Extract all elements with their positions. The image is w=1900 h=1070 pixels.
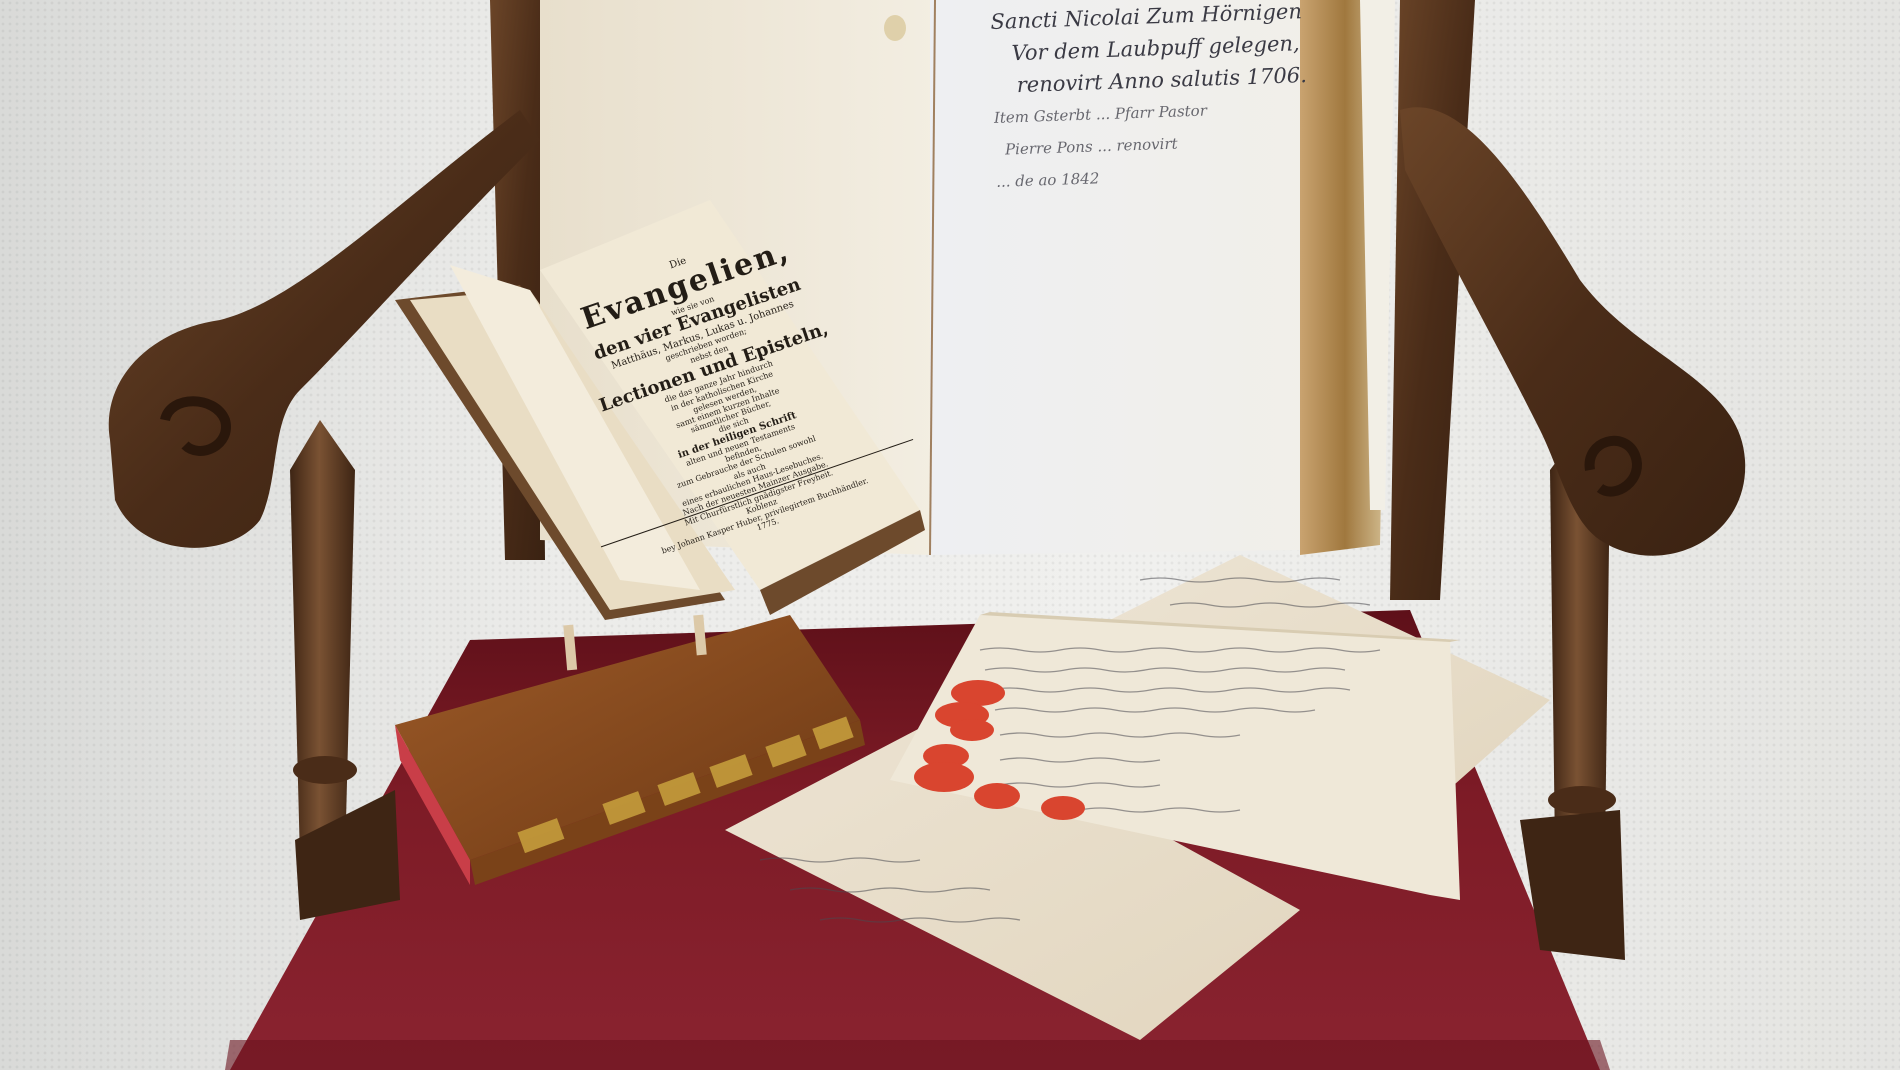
scene-illustration <box>0 0 1900 1070</box>
inscription-handwriting: Sancti Nicolai Zum Hörnigen Vor dem Laub… <box>990 0 1311 198</box>
photo-scene: Sancti Nicolai Zum Hörnigen Vor dem Laub… <box>0 0 1900 1070</box>
chair-back-post-right <box>1390 0 1475 600</box>
chair-leg-left <box>290 420 355 860</box>
